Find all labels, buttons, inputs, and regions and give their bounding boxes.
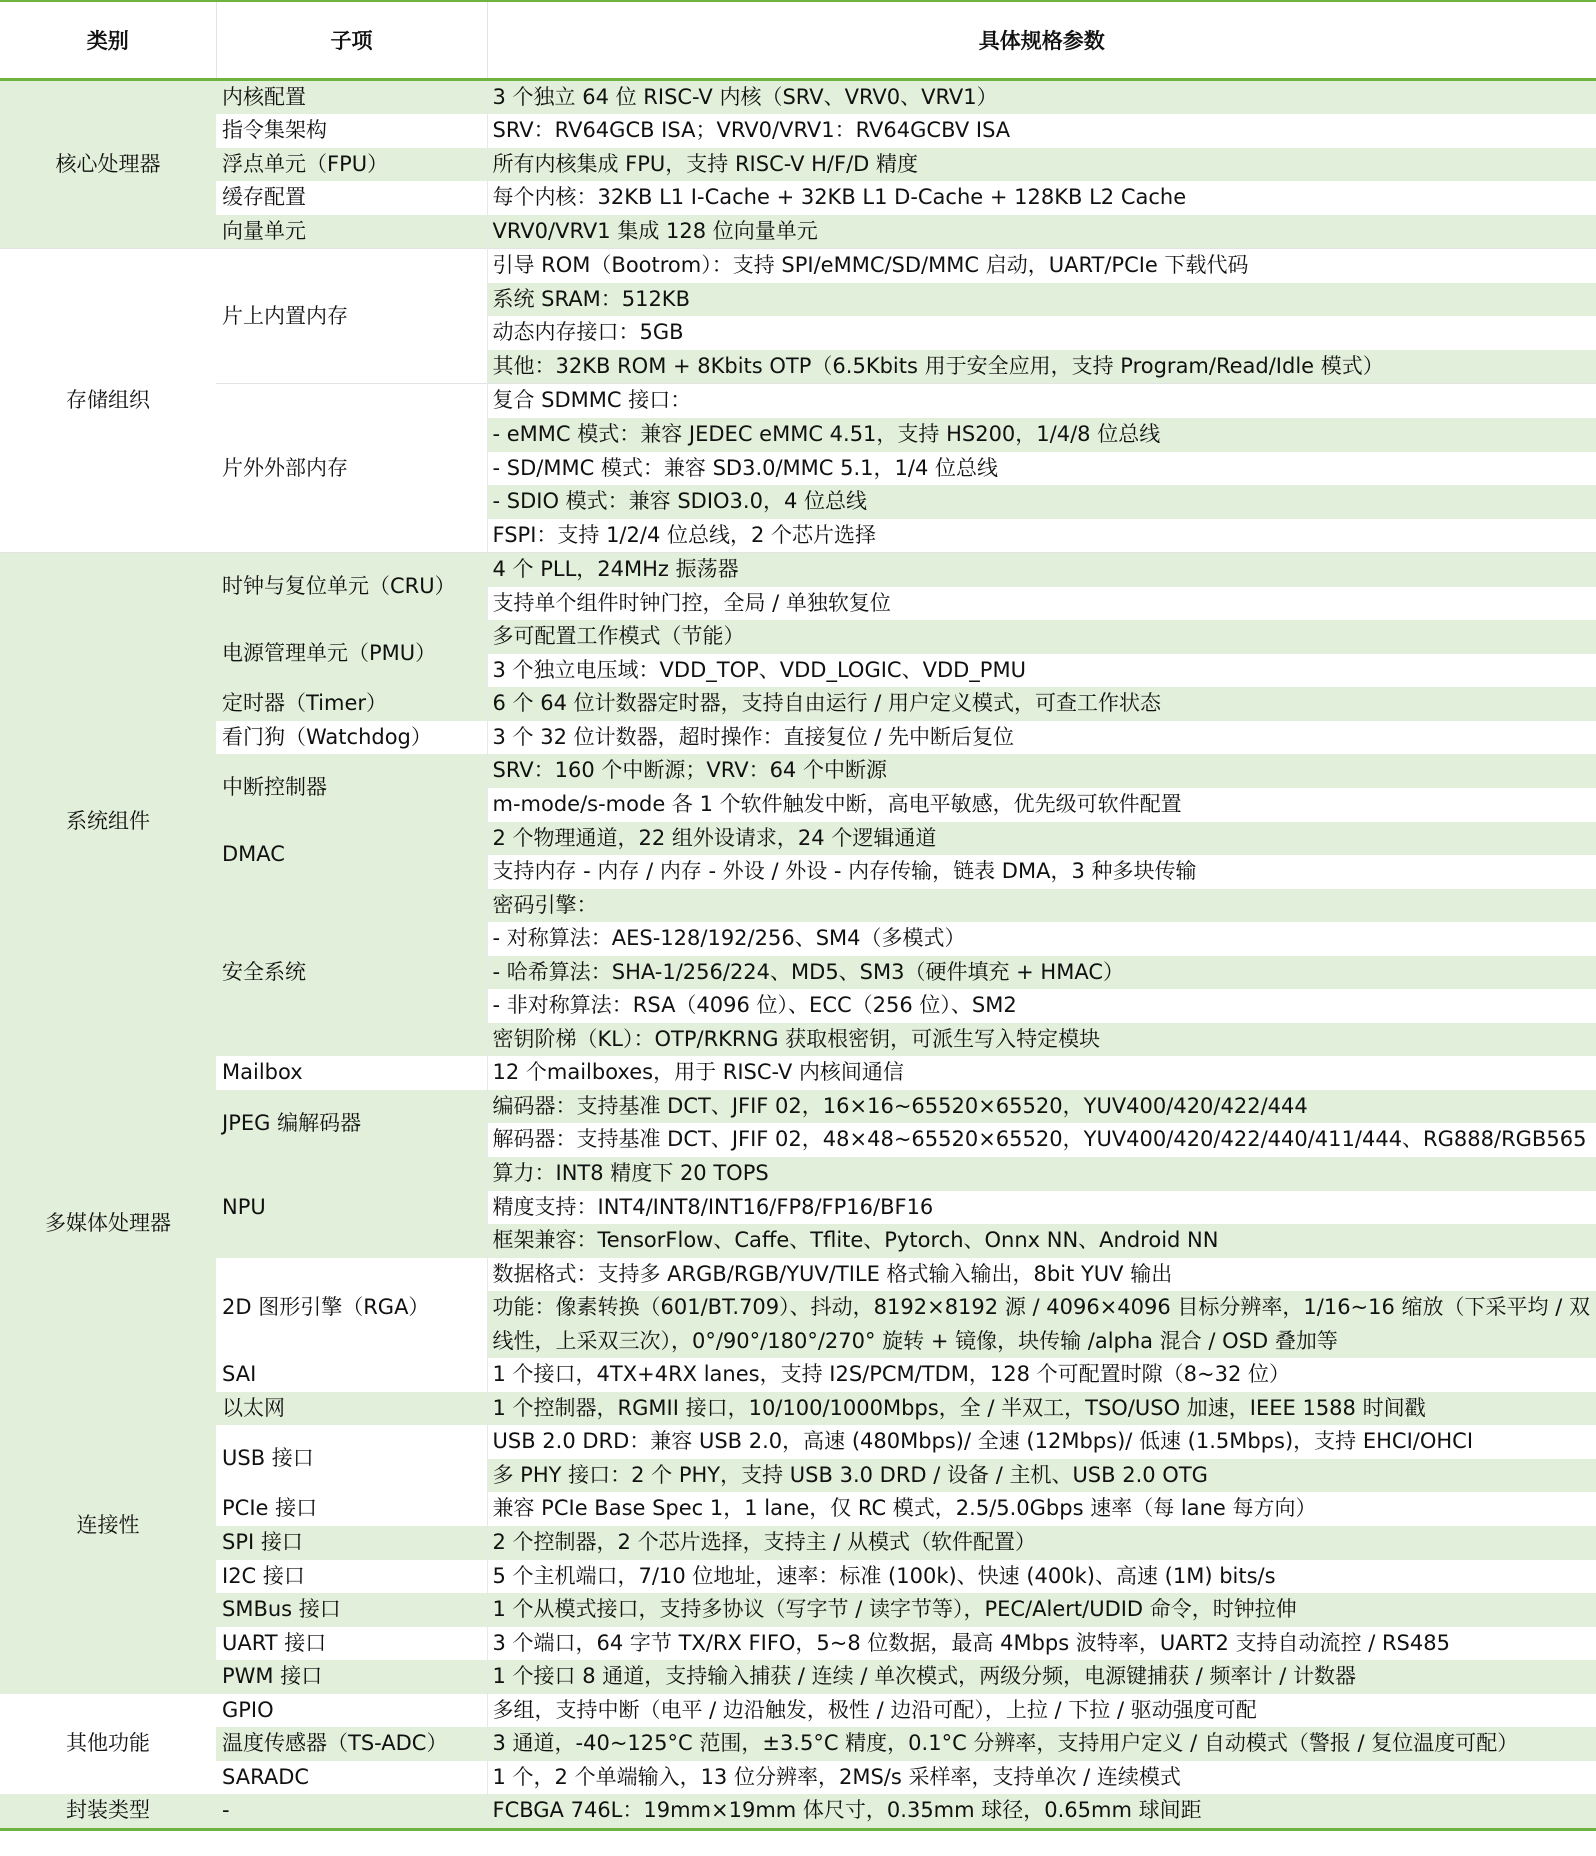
table-row: SARADC 1 个，2 个单端输入，13 位分辨率，2MS/s 采样率，支持单…: [0, 1761, 1596, 1795]
subitem-cell: 浮点单元（FPU）: [216, 148, 487, 182]
param-cell: 12 个mailboxes，用于 RISC-V 内核间通信: [487, 1056, 1596, 1090]
param-cell: 1 个，2 个单端输入，13 位分辨率，2MS/s 采样率，支持单次 / 连续模…: [487, 1761, 1596, 1795]
subitem-cell: 指令集架构: [216, 114, 487, 148]
param-cell: 2 个物理通道，22 组外设请求，24 个逻辑通道: [487, 822, 1596, 856]
param-cell: - SD/MMC 模式：兼容 SD3.0/MMC 5.1，1/4 位总线: [487, 452, 1596, 486]
param-cell: 多 PHY 接口：2 个 PHY，支持 USB 3.0 DRD / 设备 / 主…: [487, 1459, 1596, 1493]
header-spec: 具体规格参数: [487, 1, 1596, 79]
param-cell: - eMMC 模式：兼容 JEDEC eMMC 4.51，支持 HS200，1/…: [487, 418, 1596, 452]
subitem-cell: -: [216, 1794, 487, 1829]
param-cell: 3 个独立 64 位 RISC-V 内核（SRV、VRV0、VRV1）: [487, 79, 1596, 114]
param-cell: USB 2.0 DRD：兼容 USB 2.0，高速 (480Mbps)/ 全速 …: [487, 1425, 1596, 1459]
param-cell: 密钥阶梯（KL）：OTP/RKRNG 获取根密钥，可派生写入特定模块: [487, 1023, 1596, 1057]
table-row: 核心处理器 内核配置 3 个独立 64 位 RISC-V 内核（SRV、VRV0…: [0, 79, 1596, 114]
param-cell: 其他：32KB ROM + 8Kbits OTP（6.5Kbits 用于安全应用…: [487, 350, 1596, 384]
table-row: 连接性 SAI 1 个接口，4TX+4RX lanes，支持 I2S/PCM/T…: [0, 1358, 1596, 1392]
category-core: 核心处理器: [0, 79, 216, 249]
category-system: 系统组件: [0, 553, 216, 1090]
subitem-cell: 温度传感器（TS-ADC）: [216, 1727, 487, 1761]
param-cell: SRV：160 个中断源；VRV：64 个中断源: [487, 754, 1596, 788]
subitem-cell: 看门狗（Watchdog）: [216, 721, 487, 755]
table-row: NPU 算力：INT8 精度下 20 TOPS: [0, 1157, 1596, 1191]
table-row: 封装类型 - FCBGA 746L：19mm×19mm 体尺寸，0.35mm 球…: [0, 1794, 1596, 1829]
subitem-cell: 片上内置内存: [216, 249, 487, 384]
subitem-cell: UART 接口: [216, 1627, 487, 1661]
param-cell: 2 个控制器，2 个芯片选择，支持主 / 从模式（软件配置）: [487, 1526, 1596, 1560]
header-subitem: 子项: [216, 1, 487, 79]
table-row: I2C 接口 5 个主机端口，7/10 位地址，速率：标准 (100k)、快速 …: [0, 1560, 1596, 1594]
table-row: 温度传感器（TS-ADC） 3 通道，-40~125°C 范围，±3.5°C 精…: [0, 1727, 1596, 1761]
category-connectivity: 连接性: [0, 1358, 216, 1693]
table-row: 中断控制器 SRV：160 个中断源；VRV：64 个中断源: [0, 754, 1596, 788]
category-multimedia: 多媒体处理器: [0, 1090, 216, 1358]
subitem-cell: DMAC: [216, 822, 487, 889]
param-cell: 数据格式：支持多 ARGB/RGB/YUV/TILE 格式输入输出，8bit Y…: [487, 1258, 1596, 1292]
param-cell: FCBGA 746L：19mm×19mm 体尺寸，0.35mm 球径，0.65m…: [487, 1794, 1596, 1829]
param-cell: VRV0/VRV1 集成 128 位向量单元: [487, 215, 1596, 249]
subitem-cell: SPI 接口: [216, 1526, 487, 1560]
param-cell: 支持单个组件时钟门控，全局 / 单独软复位: [487, 587, 1596, 621]
table-row: 指令集架构 SRV：RV64GCB ISA；VRV0/VRV1：RV64GCBV…: [0, 114, 1596, 148]
table-row: 缓存配置 每个内核：32KB L1 I-Cache + 32KB L1 D-Ca…: [0, 181, 1596, 215]
subitem-cell: 电源管理单元（PMU）: [216, 620, 487, 687]
subitem-cell: GPIO: [216, 1694, 487, 1728]
table-row: 看门狗（Watchdog） 3 个 32 位计数器，超时操作：直接复位 / 先中…: [0, 721, 1596, 755]
subitem-cell: JPEG 编解码器: [216, 1090, 487, 1157]
table-row: 向量单元 VRV0/VRV1 集成 128 位向量单元: [0, 215, 1596, 249]
subitem-cell: 定时器（Timer）: [216, 687, 487, 721]
param-cell: m-mode/s-mode 各 1 个软件触发中断，高电平敏感，优先级可软件配置: [487, 788, 1596, 822]
table-row: PCIe 接口 兼容 PCIe Base Spec 1，1 lane，仅 RC …: [0, 1492, 1596, 1526]
param-cell: 解码器：支持基准 DCT、JFIF 02，48×48~65520×65520，Y…: [487, 1123, 1596, 1157]
param-cell: 框架兼容：TensorFlow、Caffe、Tflite、Pytorch、Onn…: [487, 1224, 1596, 1258]
subitem-cell: 安全系统: [216, 889, 487, 1057]
param-cell: 1 个控制器，RGMII 接口，10/100/1000Mbps，全 / 半双工，…: [487, 1392, 1596, 1426]
param-cell: 密码引擎：: [487, 889, 1596, 923]
param-cell: 1 个接口 8 通道，支持输入捕获 / 连续 / 单次模式，两级分频，电源键捕获…: [487, 1660, 1596, 1694]
category-storage: 存储组织: [0, 249, 216, 553]
table-row: 系统组件 时钟与复位单元（CRU） 4 个 PLL，24MHz 振荡器: [0, 553, 1596, 587]
param-cell: 功能：像素转换（601/BT.709）、抖动，8192×8192 源 / 409…: [487, 1291, 1596, 1358]
param-cell: - 对称算法：AES-128/192/256、SM4（多模式）: [487, 922, 1596, 956]
subitem-cell: 内核配置: [216, 79, 487, 114]
table-row: UART 接口 3 个端口，64 字节 TX/RX FIFO，5~8 位数据，最…: [0, 1627, 1596, 1661]
param-cell: 每个内核：32KB L1 I-Cache + 32KB L1 D-Cache +…: [487, 181, 1596, 215]
subitem-cell: NPU: [216, 1157, 487, 1258]
param-cell: - 非对称算法：RSA（4096 位）、ECC（256 位）、SM2: [487, 989, 1596, 1023]
table-row: 片外外部内存 复合 SDMMC 接口：: [0, 384, 1596, 418]
table-row: PWM 接口 1 个接口 8 通道，支持输入捕获 / 连续 / 单次模式，两级分…: [0, 1660, 1596, 1694]
table-row: 以太网 1 个控制器，RGMII 接口，10/100/1000Mbps，全 / …: [0, 1392, 1596, 1426]
param-cell: 所有内核集成 FPU，支持 RISC-V H/F/D 精度: [487, 148, 1596, 182]
param-cell: 多可配置工作模式（节能）: [487, 620, 1596, 654]
param-cell: 4 个 PLL，24MHz 振荡器: [487, 553, 1596, 587]
subitem-cell: SMBus 接口: [216, 1593, 487, 1627]
param-cell: 支持内存 - 内存 / 内存 - 外设 / 外设 - 内存传输，链表 DMA，3…: [487, 855, 1596, 889]
param-cell: 多组，支持中断（电平 / 边沿触发，极性 / 边沿可配），上拉 / 下拉 / 驱…: [487, 1694, 1596, 1728]
table-row: SMBus 接口 1 个从模式接口，支持多协议（写字节 / 读字节等），PEC/…: [0, 1593, 1596, 1627]
table-row: USB 接口 USB 2.0 DRD：兼容 USB 2.0，高速 (480Mbp…: [0, 1425, 1596, 1459]
param-cell: SRV：RV64GCB ISA；VRV0/VRV1：RV64GCBV ISA: [487, 114, 1596, 148]
header-row: 类别 子项 具体规格参数: [0, 1, 1596, 79]
param-cell: 兼容 PCIe Base Spec 1，1 lane，仅 RC 模式，2.5/5…: [487, 1492, 1596, 1526]
table-row: 安全系统 密码引擎：: [0, 889, 1596, 923]
param-cell: 5 个主机端口，7/10 位地址，速率：标准 (100k)、快速 (400k)、…: [487, 1560, 1596, 1594]
subitem-cell: 时钟与复位单元（CRU）: [216, 553, 487, 621]
subitem-cell: SAI: [216, 1358, 487, 1392]
subitem-cell: USB 接口: [216, 1425, 487, 1492]
param-cell: 1 个从模式接口，支持多协议（写字节 / 读字节等），PEC/Alert/UDI…: [487, 1593, 1596, 1627]
table-row: 存储组织 片上内置内存 引导 ROM（Bootrom）：支持 SPI/eMMC/…: [0, 249, 1596, 283]
param-cell: 算力：INT8 精度下 20 TOPS: [487, 1157, 1596, 1191]
subitem-cell: 缓存配置: [216, 181, 487, 215]
table-row: 定时器（Timer） 6 个 64 位计数器定时器，支持自由运行 / 用户定义模…: [0, 687, 1596, 721]
table-row: 浮点单元（FPU） 所有内核集成 FPU，支持 RISC-V H/F/D 精度: [0, 148, 1596, 182]
table-row: Mailbox 12 个mailboxes，用于 RISC-V 内核间通信: [0, 1056, 1596, 1090]
param-cell: 3 个独立电压域：VDD_TOP、VDD_LOGIC、VDD_PMU: [487, 654, 1596, 688]
param-cell: 编码器：支持基准 DCT、JFIF 02，16×16~65520×65520，Y…: [487, 1090, 1596, 1124]
table-row: DMAC 2 个物理通道，22 组外设请求，24 个逻辑通道: [0, 822, 1596, 856]
subitem-cell: PCIe 接口: [216, 1492, 487, 1526]
spec-table: 类别 子项 具体规格参数 核心处理器 内核配置 3 个独立 64 位 RISC-…: [0, 0, 1596, 1831]
param-cell: 6 个 64 位计数器定时器，支持自由运行 / 用户定义模式，可查工作状态: [487, 687, 1596, 721]
subitem-cell: PWM 接口: [216, 1660, 487, 1694]
param-cell: 3 通道，-40~125°C 范围，±3.5°C 精度，0.1°C 分辨率，支持…: [487, 1727, 1596, 1761]
param-cell: 复合 SDMMC 接口：: [487, 384, 1596, 418]
table-row: 多媒体处理器 JPEG 编解码器 编码器：支持基准 DCT、JFIF 02，16…: [0, 1090, 1596, 1124]
param-cell: FSPI：支持 1/2/4 位总线，2 个芯片选择: [487, 519, 1596, 553]
param-cell: - 哈希算法：SHA-1/256/224、MD5、SM3（硬件填充 + HMAC…: [487, 956, 1596, 990]
category-other: 其他功能: [0, 1694, 216, 1795]
subitem-cell: SARADC: [216, 1761, 487, 1795]
table-row: 电源管理单元（PMU） 多可配置工作模式（节能）: [0, 620, 1596, 654]
table-row: 2D 图形引擎（RGA） 数据格式：支持多 ARGB/RGB/YUV/TILE …: [0, 1258, 1596, 1292]
subitem-cell: 中断控制器: [216, 754, 487, 821]
param-cell: 动态内存接口：5GB: [487, 316, 1596, 350]
table-row: 其他功能 GPIO 多组，支持中断（电平 / 边沿触发，极性 / 边沿可配），上…: [0, 1694, 1596, 1728]
subitem-cell: 片外外部内存: [216, 384, 487, 553]
param-cell: 1 个接口，4TX+4RX lanes，支持 I2S/PCM/TDM，128 个…: [487, 1358, 1596, 1392]
param-cell: - SDIO 模式：兼容 SDIO3.0，4 位总线: [487, 485, 1596, 519]
subitem-cell: 以太网: [216, 1392, 487, 1426]
header-category: 类别: [0, 1, 216, 79]
param-cell: 系统 SRAM：512KB: [487, 283, 1596, 317]
subitem-cell: 2D 图形引擎（RGA）: [216, 1258, 487, 1359]
param-cell: 引导 ROM（Bootrom）：支持 SPI/eMMC/SD/MMC 启动，UA…: [487, 249, 1596, 283]
category-package: 封装类型: [0, 1794, 216, 1829]
param-cell: 精度支持：INT4/INT8/INT16/FP8/FP16/BF16: [487, 1191, 1596, 1225]
param-cell: 3 个 32 位计数器，超时操作：直接复位 / 先中断后复位: [487, 721, 1596, 755]
subitem-cell: 向量单元: [216, 215, 487, 249]
subitem-cell: I2C 接口: [216, 1560, 487, 1594]
param-cell: 3 个端口，64 字节 TX/RX FIFO，5~8 位数据，最高 4Mbps …: [487, 1627, 1596, 1661]
subitem-cell: Mailbox: [216, 1056, 487, 1090]
table-row: SPI 接口 2 个控制器，2 个芯片选择，支持主 / 从模式（软件配置）: [0, 1526, 1596, 1560]
